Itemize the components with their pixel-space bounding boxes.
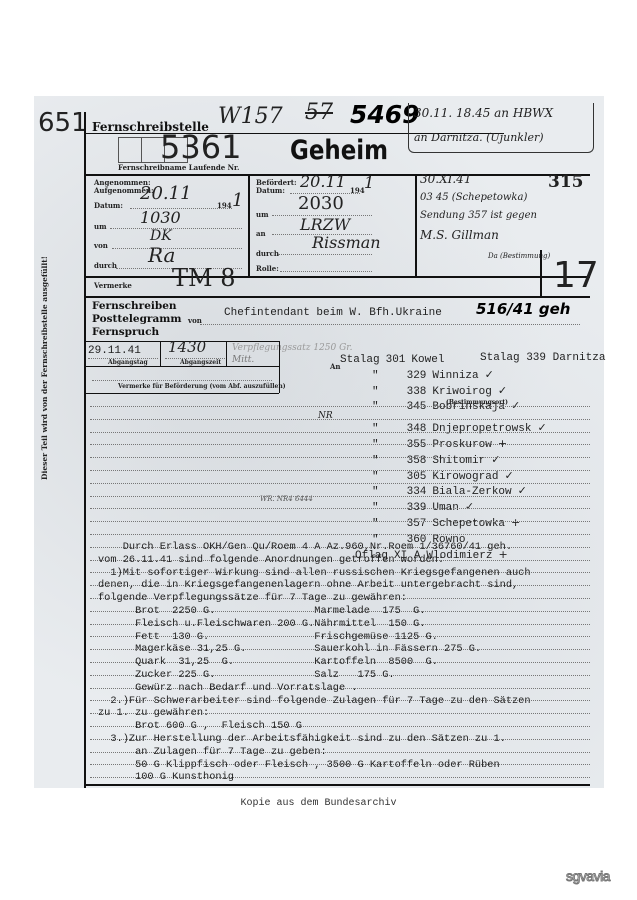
remarks-big-number: 17 bbox=[553, 255, 599, 296]
recipient-check-mark: ✓ bbox=[491, 453, 500, 466]
recipient-number: 329 bbox=[407, 370, 427, 382]
recipient-place: Dnjepropetrowsk bbox=[432, 423, 531, 435]
serial-handwritten: 5361 bbox=[160, 128, 241, 166]
transport-remarks-label: Vermerke für Beförderung (vom Abf. auszu… bbox=[118, 383, 286, 390]
reference-number: 516/41 geh bbox=[476, 300, 570, 318]
remarks-handwritten: TM 8 bbox=[172, 264, 235, 292]
recipients-label: An bbox=[330, 362, 341, 371]
recipient-number: 338 bbox=[407, 386, 427, 398]
dispatch-time-label: Abgangszeit bbox=[180, 359, 221, 366]
form-left-border bbox=[84, 112, 86, 788]
body-line: 100 G Kunsthonig bbox=[98, 771, 531, 784]
station-handwritten: W157 bbox=[218, 104, 283, 129]
label-um-forwarded: um bbox=[256, 210, 269, 219]
station-crossed-number: 57 bbox=[305, 100, 333, 125]
body-line: Brot 2250 G. Marmelade 175 G. bbox=[98, 605, 531, 618]
routing-note-line2: an Darnitza. (Ujunkler) bbox=[414, 131, 544, 144]
dispatch-faint-note: Verpflegungssatz 1250 Gr. bbox=[232, 343, 352, 353]
dispatch-time: 1430 bbox=[168, 338, 206, 356]
label-datum-forwarded: Datum: bbox=[256, 186, 285, 195]
label-datum-received: Datum: bbox=[94, 201, 123, 210]
recipient-prefix: " bbox=[372, 423, 379, 435]
grid-divider-1 bbox=[248, 174, 250, 276]
sender: Chefintendant beim W. Bfh.Ukraine bbox=[224, 307, 442, 319]
stamp-number: 315 bbox=[548, 172, 584, 192]
recipient-check-mark: ✓ bbox=[465, 500, 474, 513]
destination-label: (Bestimmungsort) bbox=[446, 399, 508, 406]
forwarded-time: 2030 bbox=[298, 193, 344, 214]
watermark: sgvavia bbox=[566, 868, 610, 884]
recipient-prefix: " bbox=[372, 370, 379, 382]
received-from: DK bbox=[150, 228, 172, 244]
type-fernschreiben: Fernschreiben bbox=[92, 300, 177, 312]
recipient-row: "338Kriwoirog✓ bbox=[372, 384, 507, 398]
body-line: 3.)Zur Herstellung der Arbeitsfähigkeit … bbox=[98, 733, 531, 746]
received-date: 20.11 bbox=[140, 183, 192, 204]
notes-line2: 03 45 (Schepetowka) bbox=[420, 192, 527, 203]
form-bottom-line bbox=[84, 784, 590, 786]
transport-box-right bbox=[279, 341, 280, 393]
body-line: Magerkäse 31,25 G. Sauerkohl in Fässern … bbox=[98, 643, 531, 656]
recipient-row: "329Winniza✓ bbox=[372, 368, 494, 382]
body-line: Quark 31,25 G. Kartoffeln 8500 G. bbox=[98, 656, 531, 669]
dispatch-date: 29.11.41 bbox=[88, 345, 141, 357]
label-von-received: von bbox=[94, 241, 108, 250]
forwarded-by: Rissman bbox=[312, 233, 381, 252]
grid-line-remarks bbox=[84, 276, 590, 278]
forwarded-date: 20.11 bbox=[300, 172, 346, 191]
notes-line4: M.S. Gillman bbox=[420, 228, 499, 242]
recipient-row: "339Uman✓ bbox=[372, 500, 474, 514]
forwarded-year-suffix: 1 bbox=[364, 173, 374, 192]
body-line: 50 G Klippfisch oder Fleisch , 3500 G Ka… bbox=[98, 759, 531, 772]
recipient-prefix: " bbox=[372, 386, 379, 398]
received-year-suffix: 1 bbox=[232, 190, 243, 211]
recipient-prefix: Stalag bbox=[340, 354, 380, 366]
side-note: Dieser Teil wird von der Fernschreibstel… bbox=[40, 256, 49, 480]
recipient-row: "348Dnjepropetrowsk✓ bbox=[372, 421, 547, 435]
received-year-prefix: 194 bbox=[217, 201, 232, 210]
body-line: Fett 130 G. Frischgemüse 1125 G. bbox=[98, 631, 531, 644]
grid-line-transport bbox=[84, 366, 279, 367]
recipient-row: "358Shitomir✓ bbox=[372, 453, 500, 467]
recipient-prefix: " bbox=[372, 471, 379, 483]
body-line: Zucker 225 G. Salz 175 G. bbox=[98, 669, 531, 682]
body-line: zu 1. zu gewähren: bbox=[98, 707, 531, 720]
label-rolle: Rolle: bbox=[256, 264, 279, 273]
extra-recipient: Stalag 339 Darnitza bbox=[480, 352, 605, 364]
recipient-prefix: " bbox=[372, 518, 379, 530]
label-an-forwarded: an bbox=[256, 229, 266, 238]
grid-divider-2 bbox=[415, 174, 417, 276]
grid-line-message bbox=[84, 296, 590, 298]
recipient-check-mark: ✓ bbox=[498, 384, 507, 397]
body-line: 1)Mit sofortiger Wirkung sind allen russ… bbox=[98, 567, 531, 580]
recipient-check-mark: + bbox=[511, 516, 520, 529]
label-um-received: um bbox=[94, 222, 107, 231]
body-line: 2.)Für Schwerarbeiter sind folgende Zula… bbox=[98, 695, 531, 708]
message-body: Durch Erlass OKH/Gen Qu/Roem 4 A Az.960,… bbox=[98, 541, 531, 784]
body-line: an Zulagen für 7 Tage zu geben: bbox=[98, 746, 531, 759]
received-time: 1030 bbox=[140, 208, 181, 227]
grid-line-transport-bottom bbox=[84, 393, 279, 394]
recipient-number: 345 bbox=[407, 401, 427, 413]
body-line: Brot 600 G , Fleisch 150 G bbox=[98, 720, 531, 733]
dispatch-date-label: Abgangstag bbox=[108, 359, 148, 366]
body-line: folgende Verpflegungssätze für 7 Tage zu… bbox=[98, 592, 531, 605]
body-line: vom 26.11.41 sind folgende Anordnungen g… bbox=[98, 554, 531, 567]
recipient-number: 305 bbox=[407, 471, 427, 483]
body-line: Durch Erlass OKH/Gen Qu/Roem 4 A Az.960,… bbox=[98, 541, 531, 554]
footer-caption: Kopie aus dem Bundesarchiv bbox=[0, 798, 637, 809]
label-durch-forwarded: durch bbox=[256, 249, 279, 258]
recipient-row: "357Schepetowka+ bbox=[372, 516, 520, 530]
margin-number: 651 bbox=[38, 108, 88, 138]
dispatch-faint-note2: Mitt. bbox=[232, 355, 254, 365]
dispatch-divider-2 bbox=[226, 341, 227, 366]
recipient-number: 357 bbox=[407, 518, 427, 530]
label-vermerke: Vermerke bbox=[94, 281, 132, 290]
body-line: denen, die in Kriegsgefangenenlagern ohn… bbox=[98, 579, 531, 592]
grid-divider-remarks bbox=[540, 250, 542, 296]
recipient-place: Kriwoirog bbox=[432, 386, 491, 398]
notes-line1: 30.XI.41 bbox=[420, 172, 471, 186]
body-line: Fleisch u.Fleischwaren 200 G.Nährmittel … bbox=[98, 618, 531, 631]
routing-note-line1: 30.11. 18.45 an HBWX bbox=[414, 106, 553, 120]
recipient-place: Winniza bbox=[432, 370, 478, 382]
recipient-place: Kowel bbox=[411, 354, 444, 366]
recipient-row: Stalag301Kowel bbox=[340, 352, 450, 366]
recipient-number: 301 bbox=[386, 354, 406, 366]
label-durch-received: durch bbox=[94, 261, 117, 270]
classification-geheim: Geheim bbox=[290, 135, 388, 166]
recipient-number: 348 bbox=[407, 423, 427, 435]
recipient-prefix: " bbox=[372, 401, 379, 413]
forwarded-year-prefix: 194 bbox=[350, 186, 365, 195]
notes-line3: Sendung 357 ist gegen bbox=[420, 210, 537, 221]
dispatch-divider-1 bbox=[160, 341, 161, 366]
recipient-place: Kirowograd bbox=[432, 471, 498, 483]
recipient-place: Schepetowka bbox=[432, 518, 505, 530]
type-fernspruch: Fernspruch bbox=[92, 326, 159, 338]
body-line: Gewürz nach Bedarf und Vorratslage . bbox=[98, 682, 531, 695]
forwarded-to: LRZW bbox=[300, 215, 350, 234]
recipient-check-mark: ✓ bbox=[485, 368, 494, 381]
serial-label: Fernschreibname Laufende Nr. bbox=[118, 163, 240, 172]
type-posttelegramm: Posttelegramm bbox=[92, 313, 181, 325]
